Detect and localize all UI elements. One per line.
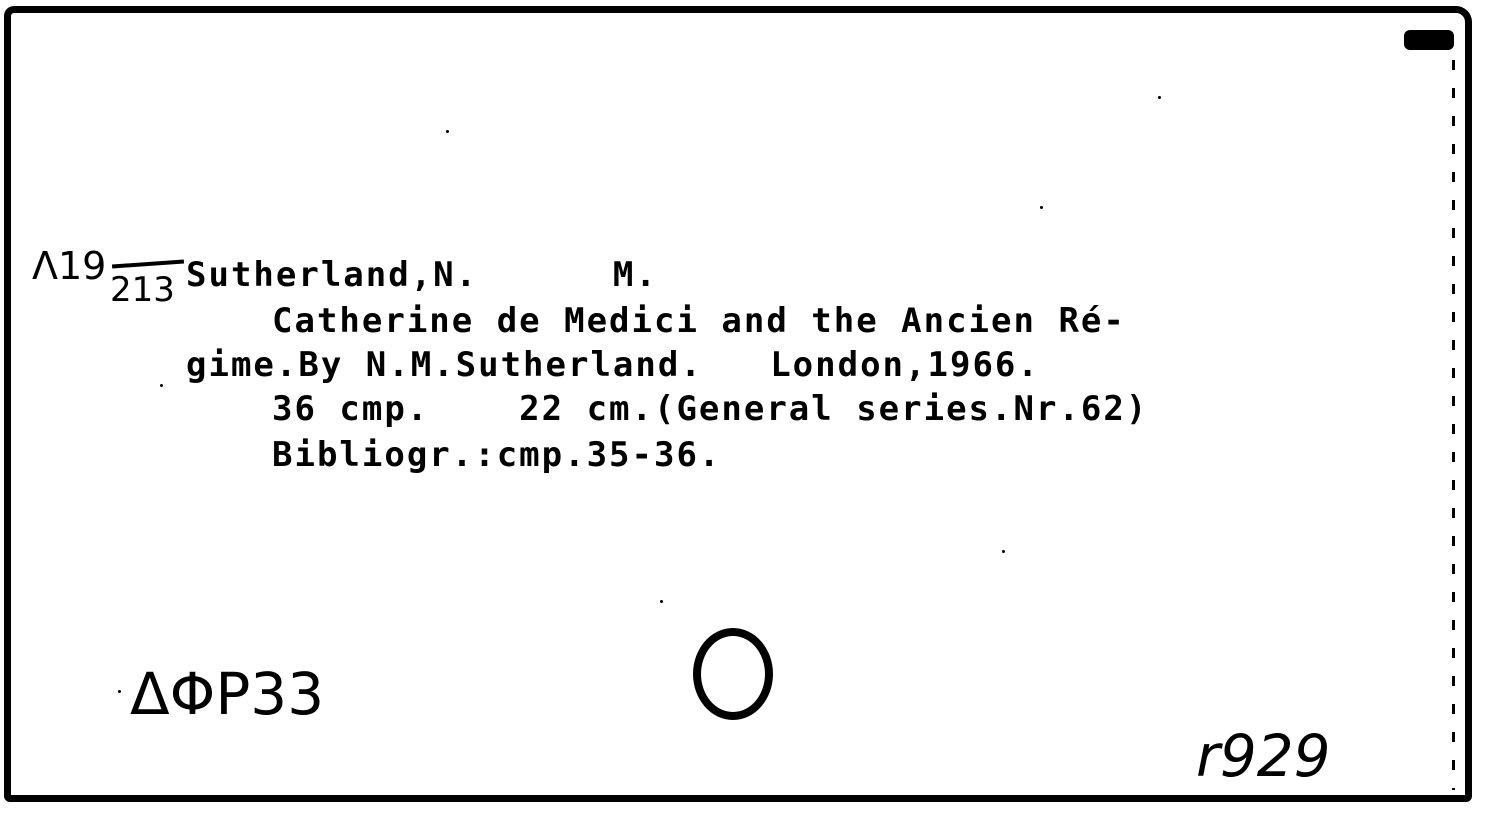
handwritten-code: ΔΦP33: [130, 660, 324, 728]
handwritten-number: r929: [1196, 722, 1331, 790]
author-heading: Sutherland,N. M.: [186, 258, 658, 292]
shelfmark-numerator: Λ19: [32, 244, 106, 288]
perforation-dashes: [1452, 60, 1455, 790]
collation-line: 36 cmp. 22 cm.(General series.Nr.62): [272, 392, 1148, 426]
title-line-2: gime.By N.M.Sutherland. London,1966.: [186, 348, 1040, 382]
corner-ink-mark: [1404, 30, 1454, 50]
shelfmark-denominator: 213: [110, 270, 175, 310]
title-line-1: Catherine de Medici and the Ancien Ré-: [272, 304, 1126, 338]
ink-circle-mark: [693, 628, 773, 720]
bibliography-note: Bibliogr.:cmp.35-36.: [272, 438, 721, 472]
